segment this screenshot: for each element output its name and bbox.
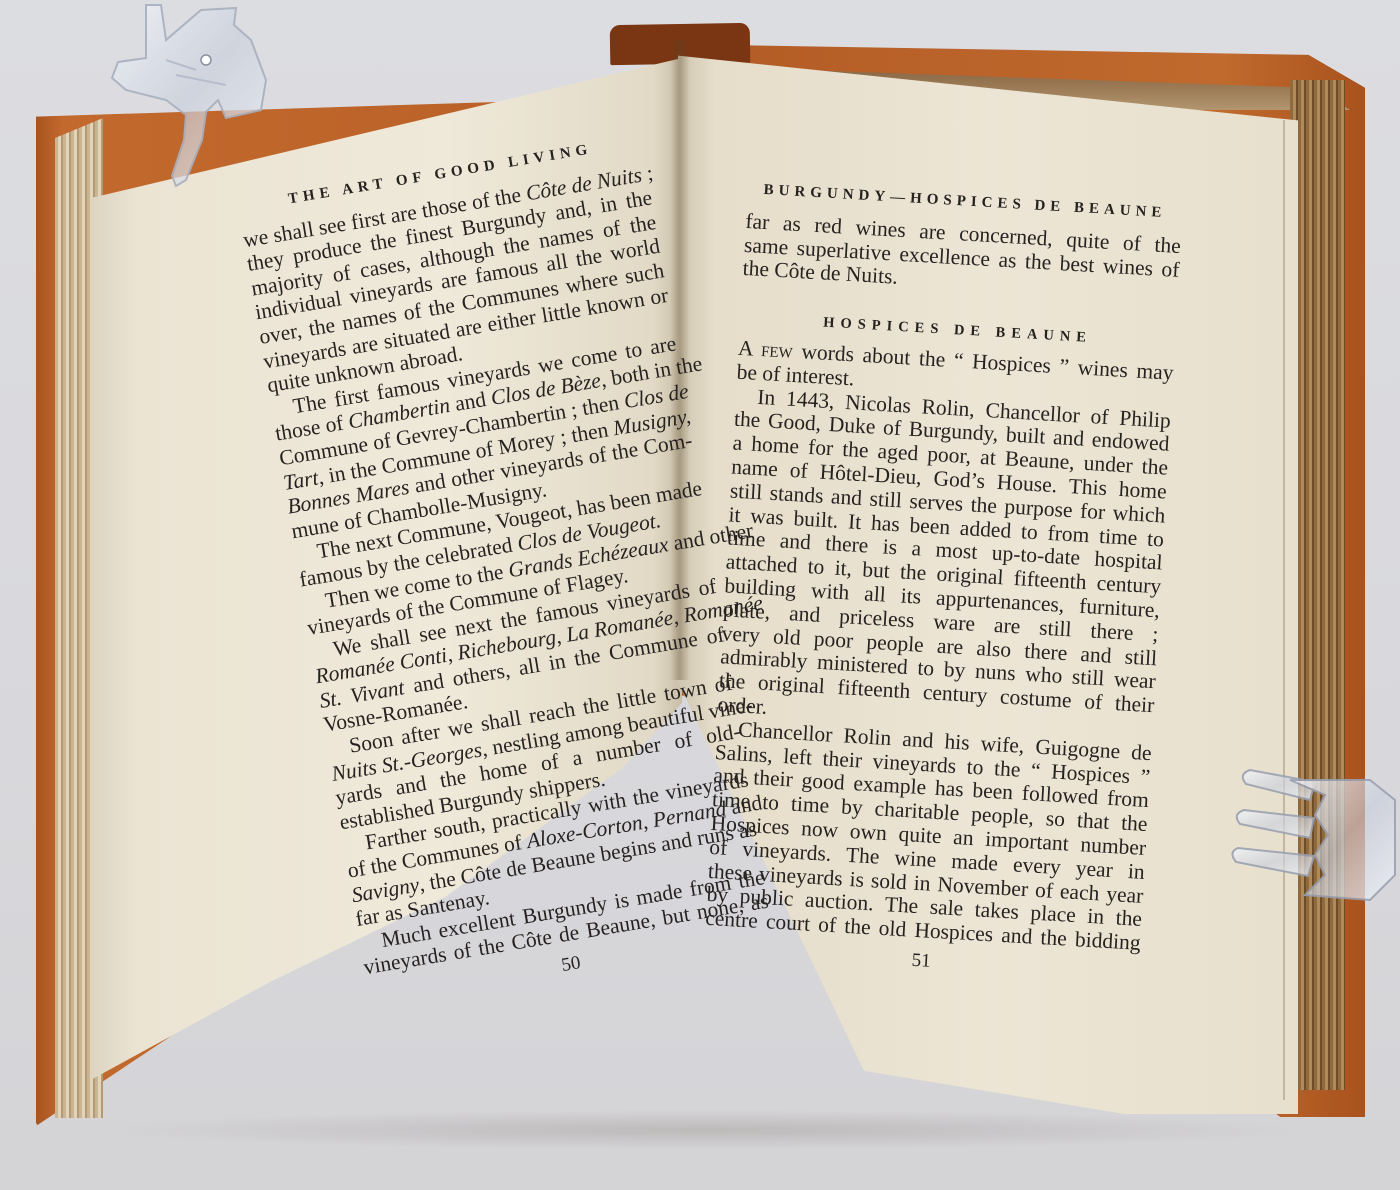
claw-clip-icon [1230,760,1400,910]
floor-shadow [90,1110,1320,1150]
right-page-body-intro: far as red wines are concerned, quite of… [742,210,1181,306]
elephant-clip-icon [106,0,271,190]
right-page-text: BURGUNDY—HOSPICES DE BEAUNE far as red w… [703,178,1183,986]
page-edges-right [1290,80,1345,1090]
right-page-body: A few words about the “ Hospices ” wines… [705,337,1175,956]
page-fold-line [1283,120,1285,1100]
book-photo: THE ART OF GOOD LIVING we shall see firs… [0,0,1400,1190]
